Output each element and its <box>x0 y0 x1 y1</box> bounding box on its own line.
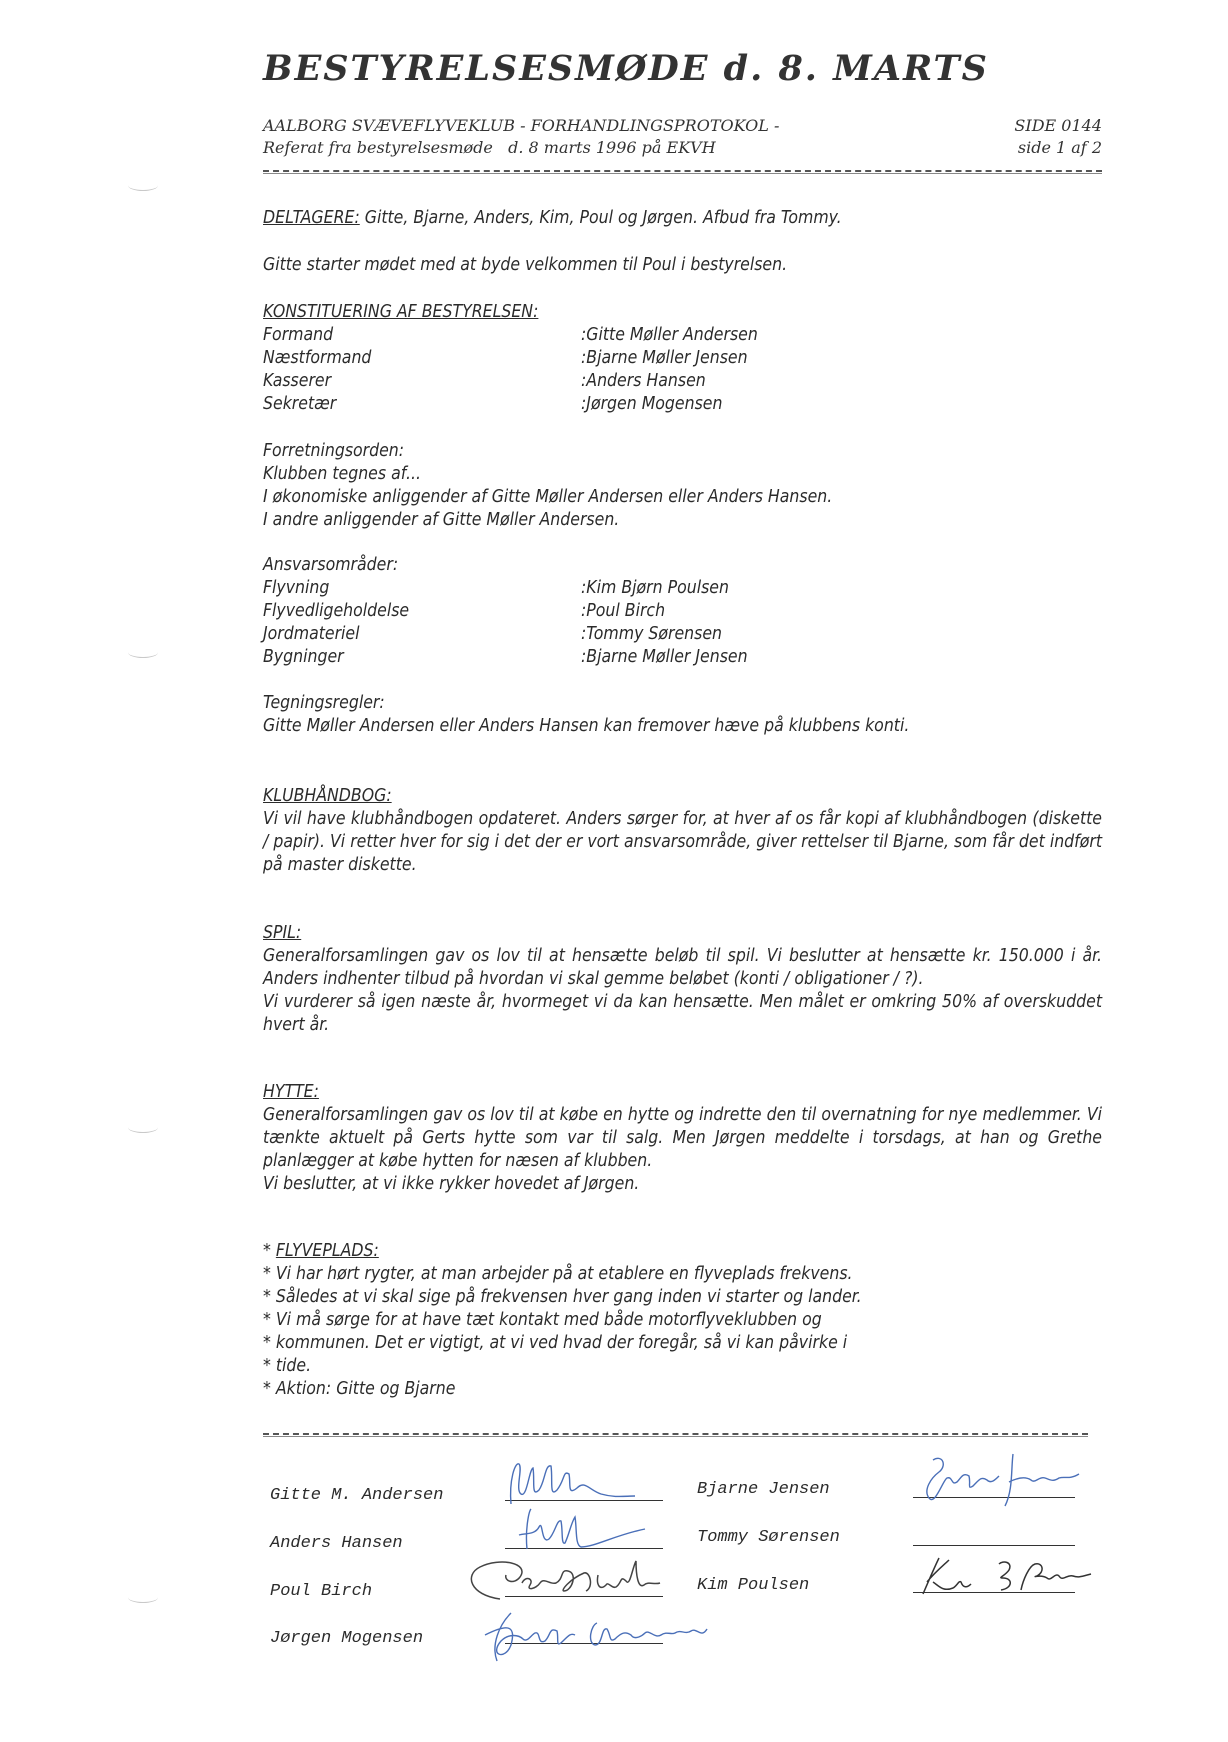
signatory-name: Jørgen Mogensen <box>270 1629 423 1648</box>
role-name: :Anders Hansen <box>581 370 706 393</box>
signature-anders-icon <box>505 1505 675 1555</box>
section-heading: Forretningsorden: <box>263 440 1102 463</box>
meeting-subtitle: Referat fra bestyrelsesmøde d. 8 marts 1… <box>263 138 716 157</box>
text-line: I andre anliggender af Gitte Møller Ande… <box>263 509 1102 532</box>
role-row: Formand:Gitte Møller Andersen <box>263 324 1102 347</box>
section-heading: Tegningsregler: <box>263 692 1102 715</box>
bullet-marker: * <box>263 1241 276 1261</box>
role-label: Sekretær <box>263 393 581 416</box>
signatory-name: Tommy Sørensen <box>697 1528 840 1547</box>
punch-hole <box>128 647 158 658</box>
role-row: Sekretær:Jørgen Mogensen <box>263 393 1102 416</box>
section-heading: FLYVEPLADS: <box>276 1241 379 1261</box>
area-name: :Bjarne Møller Jensen <box>581 646 748 669</box>
page-title: BESTYRELSESMØDE d. 8. MARTS <box>263 48 989 89</box>
text-line: I økonomiske anliggender af Gitte Møller… <box>263 486 1102 509</box>
area-row: Flyvedligeholdelse:Poul Birch <box>263 600 1102 623</box>
bullet-line: * Aktion: Gitte og Bjarne <box>263 1378 1102 1401</box>
section-text: Vi vil have klubhåndbogen opdateret. And… <box>263 808 1102 877</box>
section-text: Vi vurderer så igen næste år, hvormeget … <box>263 991 1102 1037</box>
signature-kim-icon <box>913 1552 1113 1597</box>
section-hytte: HYTTE: Generalforsamlingen gav os lov ti… <box>263 1081 1102 1196</box>
area-name: :Kim Bjørn Poulsen <box>581 577 729 600</box>
participants: DELTAGERE: Gitte, Bjarne, Anders, Kim, P… <box>263 207 1102 230</box>
area-label: Jordmateriel <box>263 623 581 646</box>
section-heading: Ansvarsområder: <box>263 554 1102 577</box>
area-name: :Poul Birch <box>581 600 665 623</box>
signature-jorgen-icon <box>475 1605 775 1665</box>
section-heading-row: * FLYVEPLADS: <box>263 1240 1102 1263</box>
role-row: Kasserer:Anders Hansen <box>263 370 1102 393</box>
bullet-line: * kommunen. Det er vigtigt, at vi ved hv… <box>263 1332 1102 1355</box>
signature-bjarne-icon <box>913 1450 1113 1510</box>
area-label: Flyvedligeholdelse <box>263 600 581 623</box>
section-heading: HYTTE: <box>263 1081 1102 1104</box>
signature-gitte-icon <box>505 1460 675 1510</box>
role-row: Næstformand:Bjarne Møller Jensen <box>263 347 1102 370</box>
section-forretningsorden: Forretningsorden: Klubben tegnes af... I… <box>263 440 1102 532</box>
bullet-line: * Vi har hørt rygter, at man arbejder på… <box>263 1263 1102 1286</box>
signature-divider <box>263 1433 1088 1437</box>
section-text: Generalforsamlingen gav os lov til at he… <box>263 945 1102 991</box>
section-spil: SPIL: Generalforsamlingen gav os lov til… <box>263 922 1102 1037</box>
bullet-line: * Vi må sørge for at have tæt kontakt me… <box>263 1309 1102 1332</box>
text-line: Klubben tegnes af... <box>263 463 1102 486</box>
section-konstituering: KONSTITUERING AF BESTYRELSEN: Formand:Gi… <box>263 301 1102 416</box>
club-header: AALBORG SVÆVEFLYVEKLUB - FORHANDLINGSPRO… <box>263 116 779 135</box>
role-label: Næstformand <box>263 347 581 370</box>
intro-text: Gitte starter mødet med at byde velkomme… <box>263 254 1102 277</box>
area-name: :Tommy Sørensen <box>581 623 722 646</box>
punch-hole <box>128 180 158 191</box>
section-text: Vi beslutter, at vi ikke rykker hovedet … <box>263 1173 1102 1196</box>
punch-hole <box>128 1592 158 1603</box>
signature-poul-icon <box>460 1555 690 1605</box>
punch-hole <box>128 1122 158 1133</box>
bullet-line: * tide. <box>263 1355 1102 1378</box>
section-flyveplads: * FLYVEPLADS: * Vi har hørt rygter, at m… <box>263 1240 1102 1401</box>
section-heading: KLUBHÅNDBOG: <box>263 785 1102 808</box>
participants-text: Gitte, Bjarne, Anders, Kim, Poul og Jørg… <box>360 208 842 228</box>
section-klubhaandbog: KLUBHÅNDBOG: Vi vil have klubhåndbogen o… <box>263 785 1102 877</box>
page-count: side 1 af 2 <box>1018 138 1102 157</box>
section-text: Generalforsamlingen gav os lov til at kø… <box>263 1104 1102 1173</box>
signatory-name: Kim Poulsen <box>697 1576 809 1595</box>
header-divider <box>263 170 1102 174</box>
section-text: Gitte Møller Andersen eller Anders Hanse… <box>263 715 1102 738</box>
area-label: Bygninger <box>263 646 581 669</box>
section-tegningsregler: Tegningsregler: Gitte Møller Andersen el… <box>263 692 1102 738</box>
area-label: Flyvning <box>263 577 581 600</box>
participants-label: DELTAGERE: <box>263 208 360 228</box>
signature-line <box>913 1545 1075 1546</box>
section-ansvarsomraader: Ansvarsområder: Flyvning:Kim Bjørn Pouls… <box>263 554 1102 669</box>
page-number: SIDE 0144 <box>1014 116 1102 135</box>
signatory-name: Gitte M. Andersen <box>270 1486 443 1505</box>
role-label: Kasserer <box>263 370 581 393</box>
bullet-line: * Således at vi skal sige på frekvensen … <box>263 1286 1102 1309</box>
area-row: Bygninger:Bjarne Møller Jensen <box>263 646 1102 669</box>
role-name: :Gitte Møller Andersen <box>581 324 758 347</box>
signatory-name: Bjarne Jensen <box>697 1480 830 1499</box>
role-name: :Bjarne Møller Jensen <box>581 347 748 370</box>
area-row: Flyvning:Kim Bjørn Poulsen <box>263 577 1102 600</box>
area-row: Jordmateriel:Tommy Sørensen <box>263 623 1102 646</box>
section-heading: SPIL: <box>263 922 1102 945</box>
role-name: :Jørgen Mogensen <box>581 393 722 416</box>
signatory-name: Poul Birch <box>270 1582 372 1601</box>
signatory-name: Anders Hansen <box>270 1534 403 1553</box>
section-heading: KONSTITUERING AF BESTYRELSEN: <box>263 301 1102 324</box>
role-label: Formand <box>263 324 581 347</box>
